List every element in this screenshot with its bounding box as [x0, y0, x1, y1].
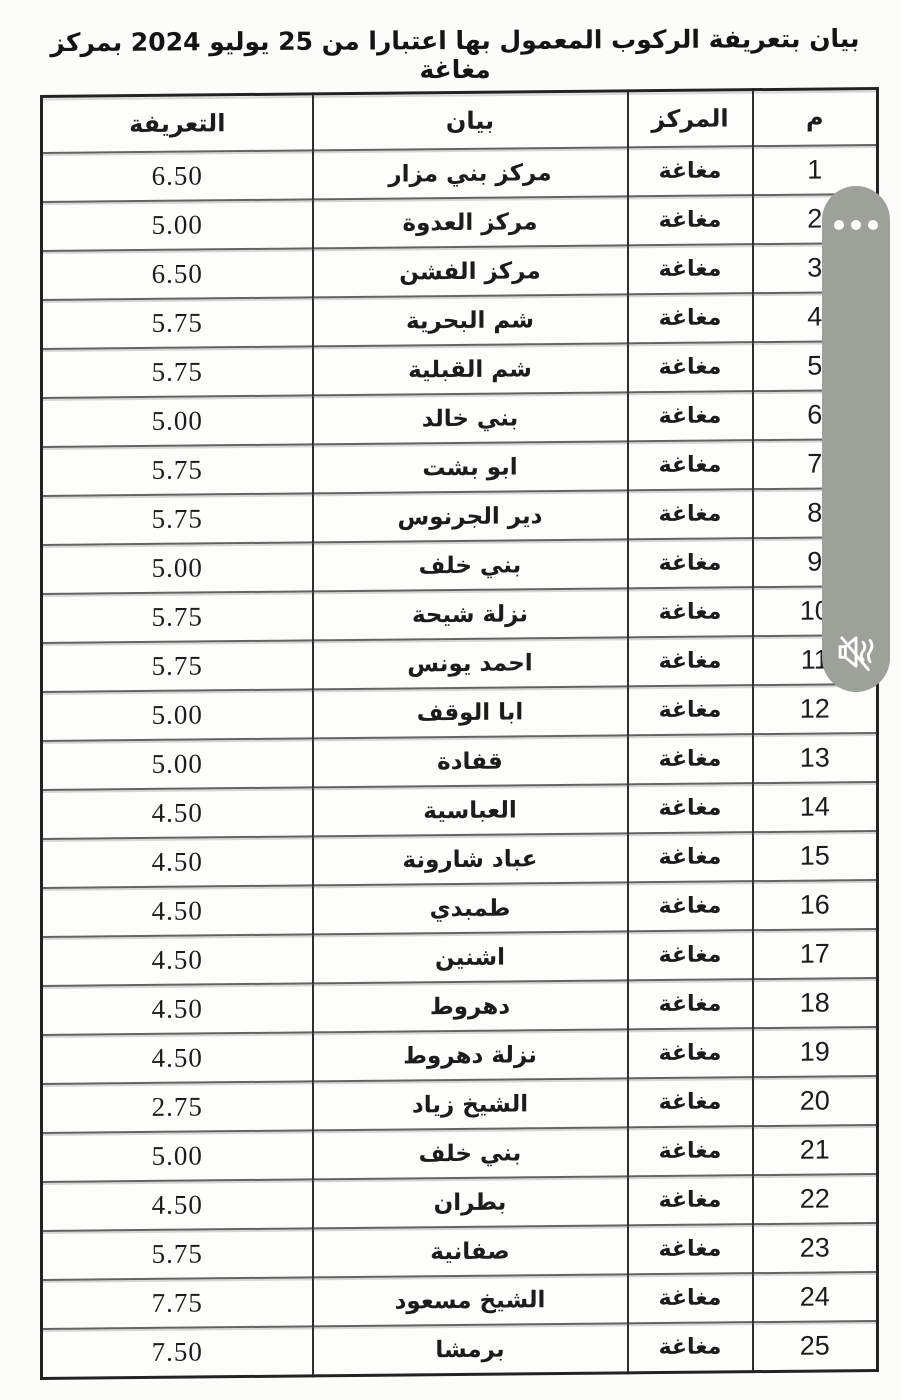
row-center-cell: مغاغة	[628, 440, 753, 490]
row-tariff-cell: 5.75	[42, 640, 313, 692]
row-statement-cell: اشنين	[313, 931, 628, 983]
row-tariff-cell: 7.75	[42, 1277, 313, 1329]
row-tariff-cell: 5.75	[42, 1228, 313, 1280]
row-center-cell: مغاغة	[628, 1077, 753, 1127]
row-tariff-cell: 6.50	[42, 248, 313, 300]
row-tariff-cell: 4.50	[42, 885, 313, 937]
row-statement-cell: برمشا	[313, 1323, 628, 1376]
row-center-cell: مغاغة	[628, 1175, 753, 1225]
table-row: 4مغاغةشم البحرية5.75	[42, 292, 878, 349]
table-row: 3مغاغةمركز الفشن6.50	[42, 243, 878, 300]
row-tariff-cell: 5.00	[42, 1130, 313, 1182]
row-tariff-cell: 5.75	[42, 444, 313, 496]
table-row: 25مغاغةبرمشا7.50	[42, 1321, 878, 1379]
tariff-table: م المركز بيان التعريفة 1مغاغةمركز بني مز…	[40, 87, 879, 1380]
row-no-cell: 18	[753, 978, 878, 1028]
table-row: 20مغاغةالشيخ زياد2.75	[42, 1076, 878, 1133]
row-statement-cell: صفانية	[313, 1225, 628, 1277]
row-statement-cell: الشيخ زياد	[313, 1078, 628, 1130]
table-row: 21مغاغةبني خلف5.00	[42, 1125, 878, 1182]
table-row: 10مغاغةنزلة شيحة5.75	[42, 586, 878, 643]
more-options-icon[interactable]	[822, 220, 890, 230]
row-tariff-cell: 4.50	[42, 934, 313, 986]
row-center-cell: مغاغة	[628, 979, 753, 1029]
row-center-cell: مغاغة	[628, 538, 753, 588]
header-no: م	[753, 88, 878, 146]
row-center-cell: مغاغة	[628, 1126, 753, 1176]
row-tariff-cell: 5.75	[42, 297, 313, 349]
row-tariff-cell: 6.50	[42, 150, 313, 202]
row-statement-cell: ابو بشت	[313, 441, 628, 493]
row-center-cell: مغاغة	[628, 1322, 753, 1373]
table-row: 15مغاغةعباد شارونة4.50	[42, 831, 878, 888]
row-center-cell: مغاغة	[628, 1028, 753, 1078]
table-row: 7مغاغةابو بشت5.75	[42, 439, 878, 496]
table-row: 24مغاغةالشيخ مسعود7.75	[42, 1272, 878, 1329]
row-center-cell: مغاغة	[628, 881, 753, 931]
row-statement-cell: بني خلف	[313, 1127, 628, 1179]
row-center-cell: مغاغة	[628, 293, 753, 343]
table-row: 2مغاغةمركز العدوة5.00	[42, 194, 878, 251]
row-no-cell: 15	[753, 831, 878, 881]
row-no-cell: 16	[753, 880, 878, 930]
row-tariff-cell: 5.00	[42, 542, 313, 594]
row-tariff-cell: 4.50	[42, 1032, 313, 1084]
table-row: 18مغاغةدهروط4.50	[42, 978, 878, 1035]
row-center-cell: مغاغة	[628, 391, 753, 441]
table-row: 17مغاغةاشنين4.50	[42, 929, 878, 986]
row-tariff-cell: 7.50	[42, 1326, 313, 1378]
table-row: 14مغاغةالعباسية4.50	[42, 782, 878, 839]
row-statement-cell: مركز بني مزار	[313, 147, 628, 199]
table-row: 13مغاغةقفادة5.00	[42, 733, 878, 790]
row-statement-cell: بطران	[313, 1176, 628, 1228]
row-no-cell: 13	[753, 733, 878, 783]
row-statement-cell: مركز العدوة	[313, 196, 628, 248]
row-statement-cell: عباد شارونة	[313, 833, 628, 885]
row-center-cell: مغاغة	[628, 195, 753, 245]
document-title: بيان بتعريفة الركوب المعمول بها اعتبارا …	[50, 24, 860, 86]
row-center-cell: مغاغة	[628, 489, 753, 539]
row-statement-cell: الشيخ مسعود	[313, 1274, 628, 1326]
row-no-cell: 25	[753, 1321, 878, 1372]
header-statement: بيان	[313, 91, 628, 151]
row-center-cell: مغاغة	[628, 146, 753, 196]
row-statement-cell: نزلة شيحة	[313, 588, 628, 640]
row-center-cell: مغاغة	[628, 1224, 753, 1274]
row-statement-cell: قفادة	[313, 735, 628, 787]
row-statement-cell: نزلة دهروط	[313, 1029, 628, 1081]
row-no-cell: 22	[753, 1174, 878, 1224]
row-statement-cell: العباسية	[313, 784, 628, 836]
row-tariff-cell: 5.00	[42, 199, 313, 251]
row-no-cell: 24	[753, 1272, 878, 1322]
row-tariff-cell: 5.75	[42, 591, 313, 643]
dot	[868, 220, 878, 230]
row-no-cell: 20	[753, 1076, 878, 1126]
row-tariff-cell: 4.50	[42, 836, 313, 888]
row-center-cell: مغاغة	[628, 587, 753, 637]
row-no-cell: 21	[753, 1125, 878, 1175]
header-tariff: التعريفة	[42, 94, 313, 153]
table-body: 1مغاغةمركز بني مزار6.502مغاغةمركز العدوة…	[42, 145, 878, 1379]
table-row: 5مغاغةشم القبلية5.75	[42, 341, 878, 398]
row-center-cell: مغاغة	[628, 734, 753, 784]
row-statement-cell: دهروط	[313, 980, 628, 1032]
row-center-cell: مغاغة	[628, 832, 753, 882]
mute-speaker-icon[interactable]	[833, 630, 879, 674]
row-tariff-cell: 4.50	[42, 983, 313, 1035]
row-statement-cell: شم القبلية	[313, 343, 628, 395]
row-tariff-cell: 5.00	[42, 738, 313, 790]
row-center-cell: مغاغة	[628, 783, 753, 833]
row-statement-cell: ابا الوقف	[313, 686, 628, 738]
row-no-cell: 19	[753, 1027, 878, 1077]
table-row: 11مغاغةاحمد يونس5.75	[42, 635, 878, 692]
row-tariff-cell: 5.75	[42, 493, 313, 545]
header-center: المركز	[628, 90, 753, 148]
table-row: 6مغاغةبني خالد5.00	[42, 390, 878, 447]
row-statement-cell: احمد يونس	[313, 637, 628, 689]
table-row: 19مغاغةنزلة دهروط4.50	[42, 1027, 878, 1084]
row-statement-cell: مركز الفشن	[313, 245, 628, 297]
table-row: 8مغاغةدير الجرنوس5.75	[42, 488, 878, 545]
row-center-cell: مغاغة	[628, 930, 753, 980]
row-center-cell: مغاغة	[628, 636, 753, 686]
row-statement-cell: دير الجرنوس	[313, 490, 628, 542]
table-row: 1مغاغةمركز بني مزار6.50	[42, 145, 878, 202]
table-row: 22مغاغةبطران4.50	[42, 1174, 878, 1231]
row-center-cell: مغاغة	[628, 244, 753, 294]
row-no-cell: 23	[753, 1223, 878, 1273]
row-statement-cell: بني خالد	[313, 392, 628, 444]
row-tariff-cell: 5.75	[42, 346, 313, 398]
row-tariff-cell: 5.00	[42, 689, 313, 741]
row-center-cell: مغاغة	[628, 1273, 753, 1323]
row-center-cell: مغاغة	[628, 342, 753, 392]
table-row: 12مغاغةابا الوقف5.00	[42, 684, 878, 741]
row-tariff-cell: 4.50	[42, 787, 313, 839]
table-row: 9مغاغةبني خلف5.00	[42, 537, 878, 594]
row-center-cell: مغاغة	[628, 685, 753, 735]
row-no-cell: 14	[753, 782, 878, 832]
dot	[851, 220, 861, 230]
dot	[834, 220, 844, 230]
table-row: 23مغاغةصفانية5.75	[42, 1223, 878, 1280]
table-header-row: م المركز بيان التعريفة	[42, 88, 878, 153]
table-row: 16مغاغةطمبدي4.50	[42, 880, 878, 937]
row-tariff-cell: 5.00	[42, 395, 313, 447]
row-statement-cell: شم البحرية	[313, 294, 628, 346]
floating-control-pill[interactable]	[822, 186, 890, 692]
row-tariff-cell: 4.50	[42, 1179, 313, 1231]
row-statement-cell: بني خلف	[313, 539, 628, 591]
row-tariff-cell: 2.75	[42, 1081, 313, 1133]
row-statement-cell: طمبدي	[313, 882, 628, 934]
row-no-cell: 17	[753, 929, 878, 979]
